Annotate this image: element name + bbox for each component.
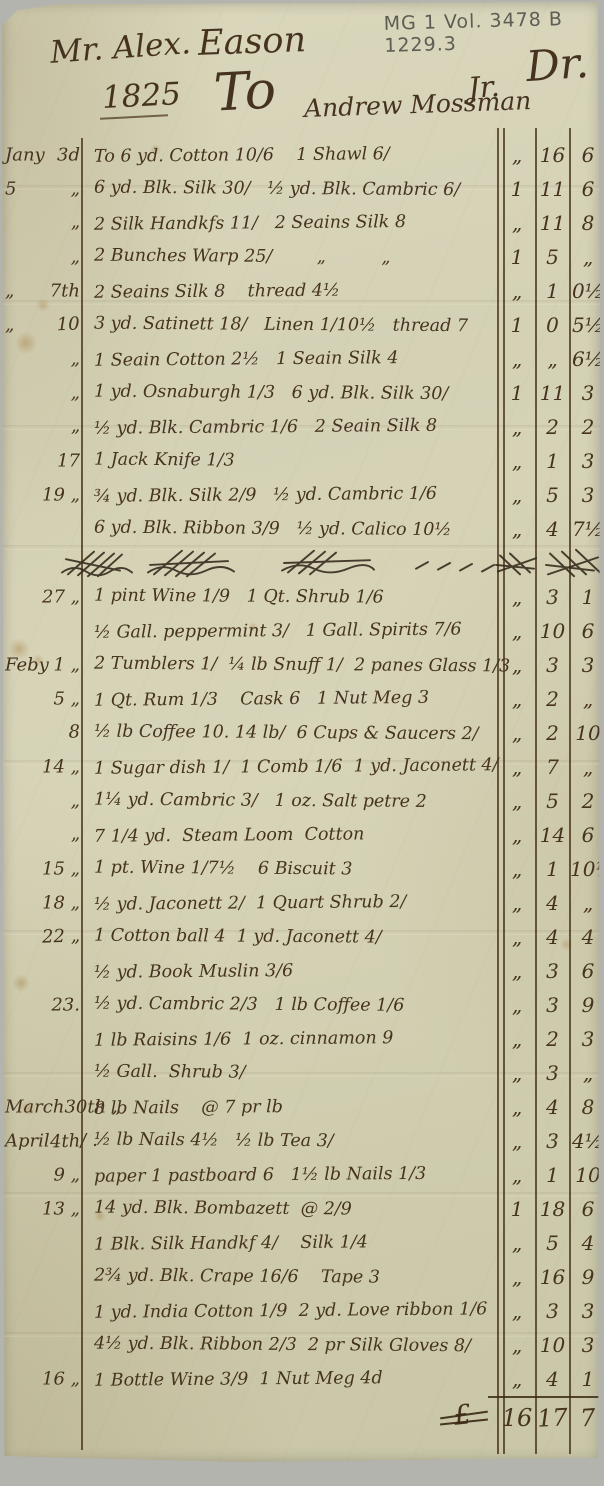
ledger-row: „ ½ yd. Blk. Cambric 1/6 2 Seain Silk 8 … <box>2 410 604 444</box>
struck-out-entry <box>2 546 604 580</box>
entry-date: 17 <box>2 451 88 472</box>
entry-description: ½ lb Coffee 10. 14 lb/ 6 Cups & Saucers … <box>94 722 496 745</box>
entry-shillings: 1 <box>535 449 570 473</box>
entry-date: 23. <box>2 995 88 1016</box>
entry-day <box>5 528 88 531</box>
entry-pounds: „ <box>499 517 535 541</box>
entry-pence: 2 <box>570 415 604 439</box>
entry-pence: „ <box>570 891 604 915</box>
entry-shillings: 11 <box>535 381 570 405</box>
entry-day: 15 „ <box>5 859 88 880</box>
entry-date: „ 10 <box>2 315 88 336</box>
entry-day: 9 „ <box>5 1165 88 1186</box>
entry-pence: 10 <box>570 721 604 745</box>
entry-shillings: 4 <box>535 1095 570 1119</box>
entry-pence: 9 <box>570 993 604 1017</box>
entry-date: 14 „ <box>2 757 88 778</box>
entry-pence: 6 <box>570 959 604 983</box>
year: 1825 <box>101 76 182 116</box>
entry-description: ½ yd. Blk. Cambric 1/6 2 Seain Silk 8 <box>94 415 496 439</box>
entries: Jany 3d To 6 yd. Cotton 10/6 1 Shawl 6/ … <box>2 138 604 1396</box>
entry-description: 2 Silk Handkfs 11/ 2 Seains Silk 8 <box>94 211 496 235</box>
entry-shillings: 7 <box>535 755 570 779</box>
entry-pence: 9 <box>570 1265 604 1289</box>
entry-description: 1 Blk. Silk Handkf 4/ Silk 1/4 <box>94 1231 496 1255</box>
ledger-row: „ 10 3 yd. Satinett 18/ Linen 1/10½ thre… <box>2 308 604 342</box>
ledger-row: 15 „ 1 pt. Wine 1/7½ 6 Biscuit 3 „ 1 10½ <box>2 852 604 886</box>
ledger-row: ½ Gall. peppermint 3/ 1 Gall. Spirits 7/… <box>2 614 604 648</box>
entry-pounds: „ <box>499 857 535 881</box>
entry-pence: 4 <box>570 925 604 949</box>
entry-shillings: 4 <box>535 517 570 541</box>
scanned-ledger-page: MG 1 Vol. 3478 B 1229.3 Mr. Alex. Eason … <box>0 0 604 1486</box>
entry-day: 3d <box>45 145 88 166</box>
entry-pounds: 1 <box>499 313 535 337</box>
entry-pence: 5½ <box>570 313 604 337</box>
entry-shillings: 10 <box>535 619 570 643</box>
entry-shillings: 14 <box>535 823 570 847</box>
entry-month: Feby <box>2 655 49 676</box>
entry-day: 1 „ <box>49 655 88 676</box>
entry-description: 1¼ yd. Cambric 3/ 1 oz. Salt petre 2 <box>94 790 496 813</box>
entry-shillings: 11 <box>535 177 570 201</box>
entry-pounds: „ <box>499 585 535 609</box>
entry-day: 22 „ <box>5 925 89 949</box>
entry-month: 5 <box>2 179 16 200</box>
entry-shillings: 5 <box>535 483 570 507</box>
entry-pounds: „ <box>499 653 535 677</box>
ledger-row: 5 „ 6 yd. Blk. Silk 30/ ½ yd. Blk. Cambr… <box>2 172 604 206</box>
entry-day: 19 „ <box>5 485 88 506</box>
entry-day: 10 <box>14 313 88 337</box>
entry-pounds: 1 <box>499 177 535 201</box>
jr-suffix: Jr. <box>467 69 501 105</box>
entry-description: To 6 yd. Cotton 10/6 1 Shawl 6/ <box>94 143 496 167</box>
entry-day: 14 „ <box>5 757 88 778</box>
ledger-row: 8 ½ lb Coffee 10. 14 lb/ 6 Cups & Saucer… <box>2 716 604 750</box>
entry-month: „ <box>2 315 14 336</box>
ledger-row: „ 1 yd. Osnaburgh 1/3 6 yd. Blk. Silk 30… <box>2 376 604 410</box>
entry-pounds: „ <box>499 143 535 167</box>
entry-pounds: „ <box>499 483 535 507</box>
entry-pounds: „ <box>499 211 535 235</box>
entry-date: „ <box>2 383 88 404</box>
entry-date: 19 „ <box>2 485 88 506</box>
ledger-row: 16 „ 1 Bottle Wine 3/9 1 Nut Meg 4d „ 4 … <box>2 1362 604 1396</box>
ledger-row: Feby 1 „ 2 Tumblers 1/ ¼ lb Snuff 1/ 2 p… <box>2 648 604 682</box>
entry-day: 5 „ <box>5 689 88 710</box>
entry-description: 7 1/4 yd. Steam Loom Cotton <box>94 823 496 847</box>
ledger-row: ½ yd. Book Muslin 3/6 „ 3 6 <box>2 954 604 988</box>
total-pence: 7 <box>569 1403 604 1433</box>
entry-description: 8 lb Nails @ 7 pr lb <box>94 1095 496 1119</box>
entry-date: April 4th/ . <box>2 1131 88 1152</box>
entry-shillings: 5 <box>535 789 570 813</box>
entry-pence: 6 <box>570 823 604 847</box>
entry-pounds: „ <box>499 1163 535 1187</box>
customer-surname: Eason <box>197 20 306 64</box>
entry-pence: 10 <box>570 1163 604 1187</box>
entry-shillings: 1 <box>535 279 570 303</box>
ledger-row: 2¾ yd. Blk. Crape 16/6 Tape 3 „ 16 9 <box>2 1260 604 1294</box>
entry-date: 13 „ <box>2 1199 88 1220</box>
entry-day: „ <box>5 349 88 370</box>
entry-description: paper 1 pastboard 6 1½ lb Nails 1/3 <box>94 1163 496 1187</box>
entry-date: Feby 1 „ <box>2 655 88 676</box>
entry-pounds: „ <box>499 755 535 779</box>
ledger-row: Jany 3d To 6 yd. Cotton 10/6 1 Shawl 6/ … <box>2 138 604 172</box>
ledger-row: „ 7th 2 Seains Silk 8 thread 4½ „ 1 0½ <box>2 274 604 308</box>
entry-month: April <box>2 1131 50 1152</box>
entry-pounds: „ <box>499 449 535 473</box>
entry-pence: „ <box>570 245 604 269</box>
entry-day: 18 „ <box>5 893 88 914</box>
entry-pounds: „ <box>499 1265 535 1289</box>
entry-pounds: 1 <box>499 381 535 405</box>
entry-day: „ <box>5 823 89 847</box>
entry-pounds: „ <box>499 925 535 949</box>
entry-date: 5 „ <box>2 179 88 200</box>
entry-description: 1 Sugar dish 1/ 1 Comb 1/6 1 yd. Jaconet… <box>94 755 496 779</box>
entry-description: 14 yd. Blk. Bombazett @ 2/9 <box>94 1198 496 1221</box>
ledger-row: March 30th „ 8 lb Nails @ 7 pr lb „ 4 8 <box>2 1090 604 1124</box>
ledger-row: 18 „ ½ yd. Jaconett 2/ 1 Quart Shrub 2/ … <box>2 886 604 920</box>
entry-description: 2 Seains Silk 8 thread 4½ <box>94 279 496 303</box>
entry-description: ½ yd. Cambric 2/3 1 lb Coffee 1/6 <box>94 994 496 1017</box>
entry-description: ½ yd. Book Muslin 3/6 <box>94 959 496 983</box>
to-flourish: To <box>212 60 277 123</box>
entry-date: 18 „ <box>2 893 88 914</box>
entry-shillings: 3 <box>535 1129 570 1153</box>
entry-pounds: „ <box>499 619 535 643</box>
entry-pence: „ <box>570 1061 604 1085</box>
entry-date: 8 <box>2 723 88 744</box>
entry-pence: 7½ <box>570 517 604 541</box>
entry-month: March <box>2 1097 64 1118</box>
total-shillings: 17 <box>534 1403 570 1433</box>
entry-description: 6 yd. Blk. Silk 30/ ½ yd. Blk. Cambric 6… <box>94 178 496 201</box>
entry-pence: 6 <box>570 1197 604 1221</box>
entry-pence: 8 <box>570 211 604 235</box>
entry-pence: 3 <box>570 1027 604 1051</box>
entry-description: 4½ yd. Blk. Ribbon 2/3 2 pr Silk Gloves … <box>94 1334 496 1357</box>
entry-month: Jany <box>2 145 45 166</box>
ledger-row: 4½ yd. Blk. Ribbon 2/3 2 pr Silk Gloves … <box>2 1328 604 1362</box>
entry-shillings: 11 <box>535 211 570 235</box>
entry-shillings: 4 <box>535 925 570 949</box>
entry-pounds: „ <box>499 789 535 813</box>
entry-shillings: 3 <box>535 653 570 677</box>
entry-shillings: 2 <box>535 687 570 711</box>
entry-pounds: „ <box>499 415 535 439</box>
ledger-row: 5 „ 1 Qt. Rum 1/3 Cask 6 1 Nut Meg 3 „ 2… <box>2 682 604 716</box>
entry-description: ½ yd. Jaconett 2/ 1 Quart Shrub 2/ <box>94 891 496 915</box>
entry-pence: 3 <box>570 449 604 473</box>
entry-pence: 6½ <box>570 347 604 371</box>
entry-description: 1 lb Raisins 1/6 1 oz. cinnamon 9 <box>94 1027 496 1051</box>
entry-description: 1 yd. India Cotton 1/9 2 yd. Love ribbon… <box>94 1299 496 1323</box>
ledger-row: 17 1 Jack Knife 1/3 „ 1 3 <box>2 444 604 478</box>
entry-shillings: 10 <box>535 1333 570 1357</box>
entry-description: 1 Seain Cotton 2½ 1 Seain Silk 4 <box>94 347 496 371</box>
entry-shillings: 18 <box>535 1197 570 1221</box>
entry-description: ½ lb Nails 4½ ½ lb Tea 3/ <box>94 1130 496 1153</box>
entry-pounds: „ <box>499 959 535 983</box>
entry-shillings: 3 <box>535 1299 570 1323</box>
ledger-row: 27 „ 1 pint Wine 1/9 1 Qt. Shrub 1/6 „ 3… <box>2 580 604 614</box>
entry-pence: 10½ <box>570 857 604 881</box>
paper-sheet: MG 1 Vol. 3478 B 1229.3 Mr. Alex. Eason … <box>2 2 600 1462</box>
entry-shillings: 3 <box>535 993 570 1017</box>
entry-pence: 6 <box>570 177 604 201</box>
entry-date: 16 „ <box>2 1369 88 1390</box>
total-rule <box>488 1396 604 1398</box>
entry-shillings: 16 <box>535 1265 570 1289</box>
ledger-row: „ 7 1/4 yd. Steam Loom Cotton „ 14 6 <box>2 818 604 852</box>
ledger-row: „ 2 Silk Handkfs 11/ 2 Seains Silk 8 „ 1… <box>2 206 604 240</box>
entry-day: „ <box>5 791 88 812</box>
entry-date: „ <box>2 349 88 370</box>
entry-date: March 30th „ <box>2 1097 88 1118</box>
entry-shillings: 0 <box>535 313 570 337</box>
entry-date: 9 „ <box>2 1165 88 1186</box>
entry-pence: 6 <box>570 143 604 167</box>
entry-pence: 3 <box>570 1333 604 1357</box>
entry-pence: 1 <box>570 585 604 609</box>
entry-date: „ <box>2 213 88 234</box>
debtor-mark: Dr. <box>524 38 590 91</box>
ledger-row: „ 2 Bunches Warp 25/ „ „ 1 5 „ <box>2 240 604 274</box>
entry-pence: 3 <box>570 381 604 405</box>
entry-month: „ <box>2 281 14 302</box>
ledger-row: „ 1¼ yd. Cambric 3/ 1 oz. Salt petre 2 „… <box>2 784 604 818</box>
entry-description: ¾ yd. Blk. Silk 2/9 ½ yd. Cambric 1/6 <box>94 483 496 507</box>
entry-day: 7th <box>14 281 88 302</box>
entry-date: Jany 3d <box>2 145 88 166</box>
total-pounds: 16 <box>499 1404 535 1432</box>
entry-pence: 6 <box>570 619 604 643</box>
entry-day: 13 „ <box>5 1199 88 1220</box>
ledger-row: 1 yd. India Cotton 1/9 2 yd. Love ribbon… <box>2 1294 604 1328</box>
entry-day: „ <box>5 247 88 268</box>
entry-description: 1 Cotton ball 4 1 yd. Jaconett 4/ <box>94 926 496 949</box>
entry-date: 5 „ <box>2 689 88 710</box>
entry-pence: 3 <box>570 653 604 677</box>
entry-description: 6 yd. Blk. Ribbon 3/9 ½ yd. Calico 10½ <box>94 518 496 541</box>
ledger-row: 19 „ ¾ yd. Blk. Silk 2/9 ½ yd. Cambric 1… <box>2 478 604 512</box>
entry-pounds: „ <box>499 823 535 847</box>
ledger-row: 14 „ 1 Sugar dish 1/ 1 Comb 1/6 1 yd. Ja… <box>2 750 604 784</box>
entry-pounds: „ <box>499 891 535 915</box>
entry-day: 16 „ <box>5 1369 88 1390</box>
entry-pounds: „ <box>499 1333 535 1357</box>
entry-shillings: 1 <box>535 857 570 881</box>
entry-day: 17 <box>5 451 88 472</box>
entry-shillings: 2 <box>535 721 570 745</box>
entry-pounds: „ <box>499 1231 535 1255</box>
ledger-row: „ 1 Seain Cotton 2½ 1 Seain Silk 4 „ „ 6… <box>2 342 604 376</box>
ledger-row: 22 „ 1 Cotton ball 4 1 yd. Jaconett 4/ „… <box>2 920 604 954</box>
ledger-row: 13 „ 14 yd. Blk. Bombazett @ 2/9 1 18 6 <box>2 1192 604 1226</box>
entry-description: 1 Qt. Rum 1/3 Cask 6 1 Nut Meg 3 <box>94 687 496 711</box>
entry-pence: 1 <box>570 1367 604 1391</box>
entry-shillings: 1 <box>535 1163 570 1187</box>
entry-pence: „ <box>570 755 604 779</box>
entry-day: „ <box>5 415 89 439</box>
entry-pounds: „ <box>499 687 535 711</box>
entry-pounds: „ <box>499 347 535 371</box>
entry-shillings: 2 <box>535 415 570 439</box>
entry-shillings: 4 <box>535 1367 570 1391</box>
entry-pounds: „ <box>499 1129 535 1153</box>
entry-pence: 4½ <box>570 1129 604 1153</box>
ledger-row: ½ Gall. Shrub 3/ „ 3 „ <box>2 1056 604 1090</box>
entry-shillings: 5 <box>535 245 570 269</box>
entry-pence: „ <box>570 687 604 711</box>
entry-date: „ <box>2 791 88 812</box>
entry-description: 2 Bunches Warp 25/ „ „ <box>94 246 496 269</box>
entry-day: „ <box>5 211 89 235</box>
entry-shillings: 4 <box>535 891 570 915</box>
entry-date: 27 „ <box>2 587 88 608</box>
entry-description: 2 Tumblers 1/ ¼ lb Snuff 1/ 2 panes Glas… <box>94 654 496 677</box>
entry-pounds: „ <box>499 1027 535 1051</box>
entry-pounds: „ <box>499 279 535 303</box>
entry-shillings: 5 <box>535 1231 570 1255</box>
entry-description: 1 yd. Osnaburgh 1/3 6 yd. Blk. Silk 30/ <box>94 382 496 405</box>
entry-description: ½ Gall. Shrub 3/ <box>94 1062 496 1085</box>
scribble-marks <box>2 546 604 580</box>
entry-day: „ <box>5 383 88 404</box>
entry-day: 23. <box>5 995 88 1016</box>
ledger-row: 6 yd. Blk. Ribbon 3/9 ½ yd. Calico 10½ „… <box>2 512 604 546</box>
entry-date: 22 „ <box>2 927 88 948</box>
ledger-row: 1 lb Raisins 1/6 1 oz. cinnamon 9 „ 2 3 <box>2 1022 604 1056</box>
entry-pence: 0½ <box>570 279 604 303</box>
ledger-row: 23. ½ yd. Cambric 2/3 1 lb Coffee 1/6 „ … <box>2 988 604 1022</box>
entry-shillings: 3 <box>535 959 570 983</box>
entry-pounds: „ <box>499 721 535 745</box>
entry-description: 1 Jack Knife 1/3 <box>94 450 496 473</box>
entry-shillings: 16 <box>535 143 570 167</box>
ledger-row: 9 „ paper 1 pastboard 6 1½ lb Nails 1/3 … <box>2 1158 604 1192</box>
entry-description: 1 pt. Wine 1/7½ 6 Biscuit 3 <box>94 858 496 881</box>
entry-description: 3 yd. Satinett 18/ Linen 1/10½ thread 7 <box>94 314 496 337</box>
entry-description: ½ Gall. peppermint 3/ 1 Gall. Spirits 7/… <box>94 619 496 643</box>
entry-day <box>5 1038 88 1041</box>
ledger-row: April 4th/ . ½ lb Nails 4½ ½ lb Tea 3/ „… <box>2 1124 604 1158</box>
entry-pence: 2 <box>570 789 604 813</box>
entry-pounds: „ <box>499 993 535 1017</box>
entry-shillings: 3 <box>535 1061 570 1085</box>
entry-day <box>5 1344 88 1347</box>
entry-pence: 8 <box>570 1095 604 1119</box>
entry-date: „ <box>2 825 88 846</box>
entry-date: „ <box>2 417 88 438</box>
customer-title: Mr. Alex. <box>49 25 192 71</box>
entry-pence: 3 <box>570 483 604 507</box>
entry-description: 1 pint Wine 1/9 1 Qt. Shrub 1/6 <box>94 586 496 609</box>
entry-day: 8 <box>5 721 89 745</box>
entry-pounds: „ <box>499 1061 535 1085</box>
entry-shillings: 2 <box>535 1027 570 1051</box>
entry-shillings: 3 <box>535 585 570 609</box>
entry-pence: 3 <box>570 1299 604 1323</box>
ledger-row: 1 Blk. Silk Handkf 4/ Silk 1/4 „ 5 4 <box>2 1226 604 1260</box>
entry-shillings: „ <box>535 347 570 371</box>
entry-date: „ 7th <box>2 281 88 302</box>
entry-description: 1 Bottle Wine 3/9 1 Nut Meg 4d <box>94 1367 496 1391</box>
entry-day: „ <box>16 179 88 200</box>
entry-pounds: „ <box>499 1299 535 1323</box>
entry-pounds: „ <box>499 1095 535 1119</box>
entry-day <box>5 1242 88 1245</box>
entry-date: „ <box>2 247 88 268</box>
entry-pounds: 1 <box>499 1197 535 1221</box>
entry-pounds: 1 <box>499 245 535 269</box>
entry-date: 15 „ <box>2 859 88 880</box>
entry-day: 27 „ <box>5 587 88 608</box>
entry-day <box>5 630 88 633</box>
entry-description: 2¾ yd. Blk. Crape 16/6 Tape 3 <box>94 1266 496 1289</box>
entry-pence: 4 <box>570 1231 604 1255</box>
entry-pounds: „ <box>499 1367 535 1391</box>
